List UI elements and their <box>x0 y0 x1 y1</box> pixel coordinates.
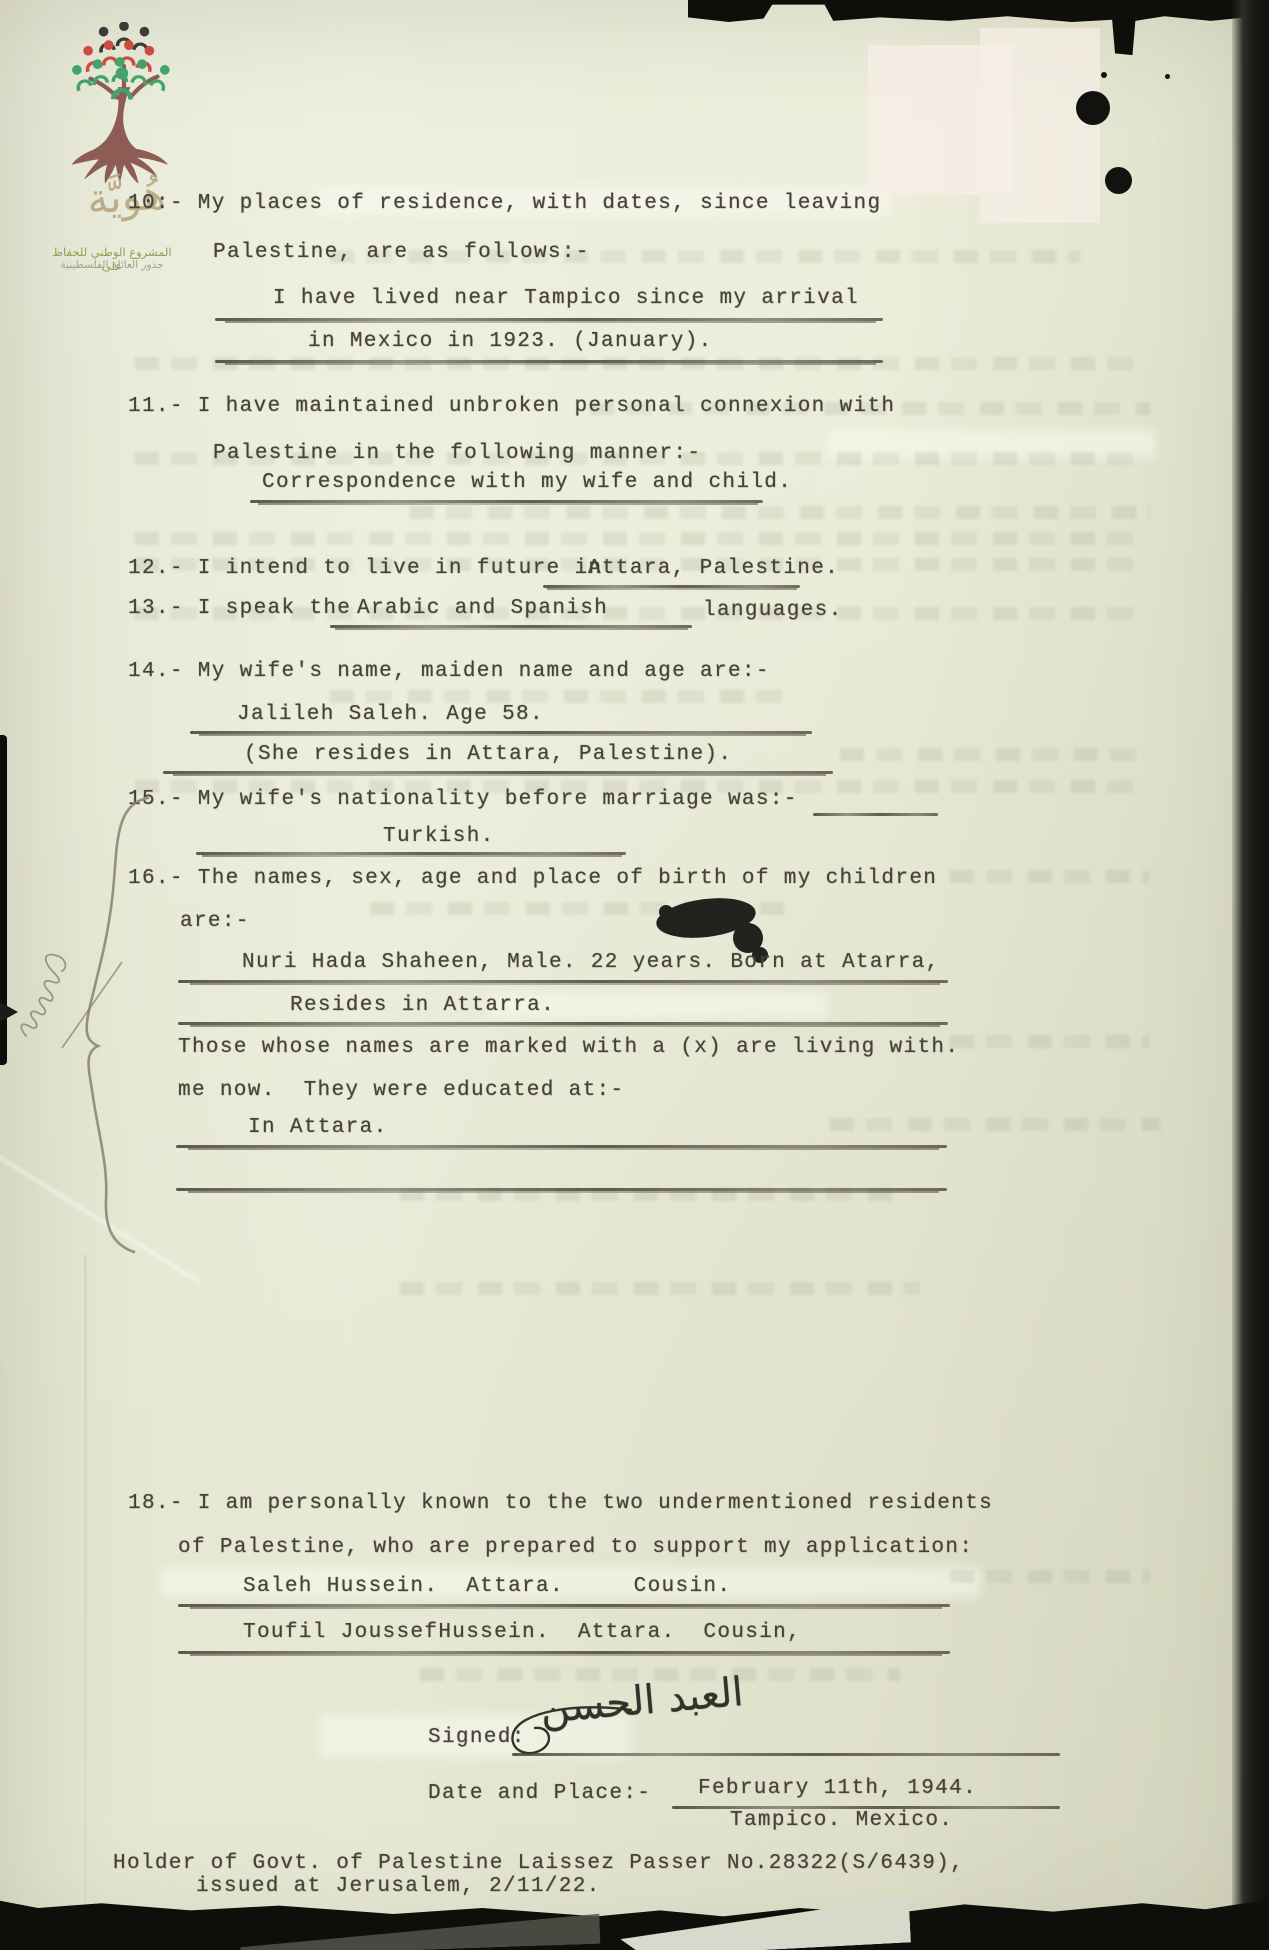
paper-crease <box>84 1255 87 1950</box>
bleed-through-line <box>135 532 1145 545</box>
blank-underline <box>176 1188 947 1191</box>
bleed-through-line <box>330 690 790 703</box>
bleed-through-line <box>410 506 1150 519</box>
logo-tagline-line-2: جذور العائلة الفلسطينية <box>42 259 182 271</box>
place-value: Tampico. Mexico. <box>730 1810 953 1832</box>
ink-speck <box>1165 74 1170 79</box>
margin-handwriting <box>8 880 118 1060</box>
answer-underline <box>543 585 800 588</box>
answer-underline <box>178 1604 950 1607</box>
item-11-line-2: Palestine in the following manner:- <box>213 443 701 465</box>
ink-dot <box>1105 167 1132 194</box>
item-13-suffix: languages. <box>703 600 843 622</box>
footer-line-2: issued at Jerusalem, 2/11/22. <box>196 1876 601 1898</box>
item-16-answer-2: Resides in Attarra. <box>290 995 555 1017</box>
huwiyya-tree-logo-icon <box>58 22 190 190</box>
item-16-line-1: 16.- The names, sex, age and place of bi… <box>128 868 937 890</box>
signature-underline <box>512 1753 1060 1756</box>
item-15-label: 15.- My wife's nationality before marria… <box>128 789 798 811</box>
answer-underline <box>163 771 833 774</box>
item-16-note-answer: In Attara. <box>248 1117 388 1139</box>
bleed-through-line <box>950 870 1150 883</box>
item-14-answer-1: Jalileh Saleh. Age 58. <box>237 704 544 726</box>
item-16-answer-1: Nuri Hada Shaheen, Male. 22 years. Born … <box>242 952 940 974</box>
bleed-through-line <box>840 748 1140 761</box>
bleed-through-line <box>400 1282 920 1295</box>
ink-dot <box>1076 91 1110 125</box>
item-16-note-2: me now. They were educated at:- <box>178 1080 624 1102</box>
answer-underline <box>176 1145 947 1148</box>
blank-underline <box>813 813 938 816</box>
item-14-answer-2: (She resides in Attara, Palestine). <box>244 744 732 766</box>
item-12-label: 12.- I intend to live in future in <box>128 558 602 580</box>
ink-speck <box>1101 72 1107 78</box>
bleed-through-line <box>950 1570 1150 1583</box>
scanned-document-page: هُويَّة المشروع الوطني للحفاظ على جذور ا… <box>0 0 1269 1950</box>
scan-edge-right <box>1232 0 1269 1950</box>
item-18-line-2: of Palestine, who are prepared to suppor… <box>178 1537 973 1559</box>
item-18-line-1: 18.- I am personally known to the two un… <box>128 1493 993 1515</box>
item-16-line-2: are:- <box>180 911 250 933</box>
scan-edge-notch <box>0 1002 18 1022</box>
item-10-answer-1: I have lived near Tampico since my arriv… <box>273 288 859 310</box>
item-10-line-1: 10:- My places of residence, with dates,… <box>128 193 881 215</box>
item-10-answer-2: in Mexico in 1923. (January). <box>308 331 713 353</box>
item-10-line-2: Palestine, are as follows:- <box>213 242 590 264</box>
answer-underline <box>190 731 812 734</box>
item-14-label: 14.- My wife's name, maiden name and age… <box>128 661 770 683</box>
answer-underline <box>330 625 692 628</box>
answer-underline <box>178 1651 950 1654</box>
item-15-answer: Turkish. <box>383 826 495 848</box>
item-11-answer: Correspondence with my wife and child. <box>262 472 792 494</box>
item-13-label: 13.- I speak the <box>128 598 351 620</box>
item-18-referee-1: Saleh Hussein. Attara. Cousin. <box>243 1576 731 1598</box>
item-18-referee-2: Toufil JoussefHussein. Attara. Cousin, <box>243 1622 801 1644</box>
answer-underline <box>215 360 883 363</box>
date-value: February 11th, 1944. <box>698 1778 977 1800</box>
bleed-through-line <box>950 1035 1150 1048</box>
item-12-answer: Attara, Palestine. <box>588 558 839 580</box>
item-16-note-1: Those whose names are marked with a (x) … <box>178 1037 959 1059</box>
footer-line-1: Holder of Govt. of Palestine Laissez Pas… <box>113 1853 964 1875</box>
paper-patch <box>980 28 1100 223</box>
item-11-line-1: 11.- I have maintained unbroken personal… <box>128 396 895 418</box>
answer-underline <box>215 318 883 321</box>
answer-underline <box>178 980 948 983</box>
answer-underline <box>196 852 626 855</box>
bleed-through-line <box>830 1118 1160 1131</box>
answer-underline <box>250 500 763 503</box>
date-place-label: Date and Place:- <box>428 1783 651 1805</box>
answer-underline <box>178 1022 948 1025</box>
item-13-answer: Arabic and Spanish <box>357 598 608 620</box>
